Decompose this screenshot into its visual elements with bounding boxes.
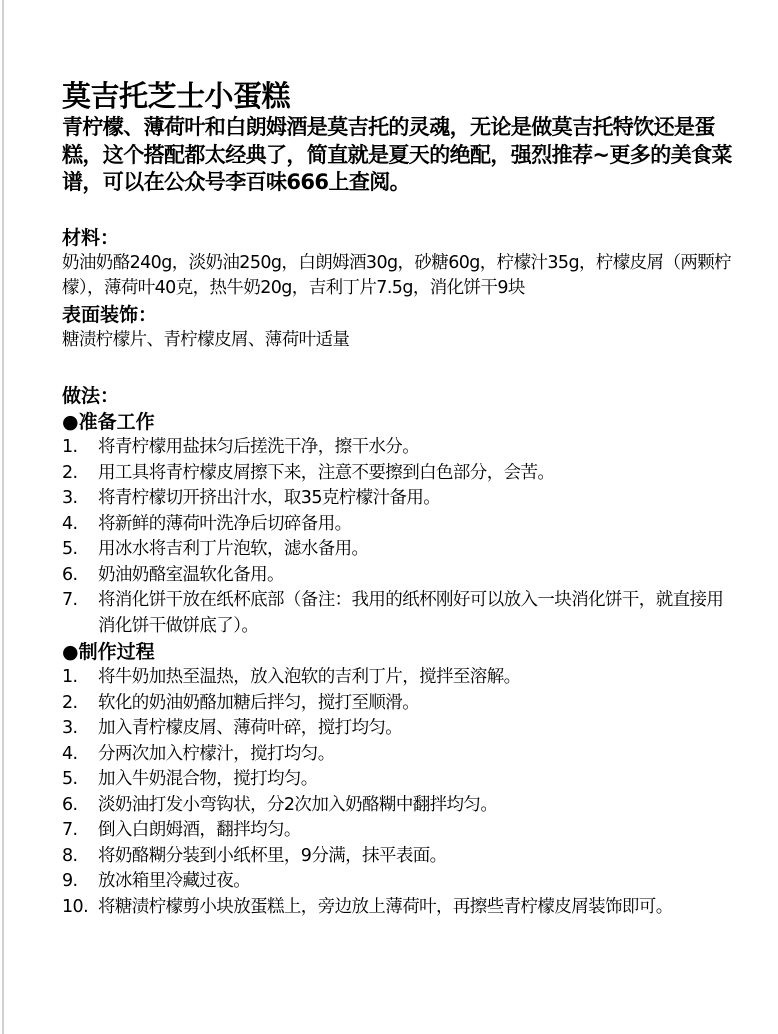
list-item: 8.将奶酪糊分装到小纸杯里，9分满，抹平表面。 bbox=[62, 844, 732, 870]
step-text: 加入牛奶混合物，搅打均匀。 bbox=[98, 769, 318, 789]
step-text: 奶油奶酪室温软化备用。 bbox=[98, 565, 284, 585]
list-item: 3.加入青柠檬皮屑、薄荷叶碎，搅打均匀。 bbox=[62, 716, 732, 742]
step-text: 用工具将青柠檬皮屑擦下来，注意不要擦到白色部分，会苦。 bbox=[98, 463, 554, 483]
list-item: 3.将青柠檬切开挤出汁水，取35克柠檬汁备用。 bbox=[62, 486, 732, 512]
step-number: 2. bbox=[62, 691, 78, 717]
step-number: 1. bbox=[62, 435, 78, 461]
step-text: 淡奶油打发小弯钩状，分2次加入奶酪糊中翻拌均匀。 bbox=[98, 795, 497, 815]
intro-paragraph: 青柠檬、薄荷叶和白朗姆酒是莫吉托的灵魂，无论是做莫吉托特饮还是蛋糕，这个搭配都太… bbox=[62, 114, 732, 197]
step-text: 将糖渍柠檬剪小块放蛋糕上，旁边放上薄荷叶，再擦些青柠檬皮屑装饰即可。 bbox=[98, 897, 673, 917]
step-number: 4. bbox=[62, 512, 78, 538]
method-section: 做法： ●准备工作 1.将青柠檬用盐抹匀后搓洗干净，擦干水分。 2.用工具将青柠… bbox=[62, 383, 732, 920]
step-number: 4. bbox=[62, 742, 78, 768]
list-item: 6.淡奶油打发小弯钩状，分2次加入奶酪糊中翻拌均匀。 bbox=[62, 793, 732, 819]
decoration-heading: 表面装饰： bbox=[62, 302, 732, 328]
step-text: 分两次加入柠檬汁，搅打均匀。 bbox=[98, 744, 335, 764]
step-text: 将青柠檬切开挤出汁水，取35克柠檬汁备用。 bbox=[98, 488, 440, 508]
recipe-document: 莫吉托芝士小蛋糕 青柠檬、薄荷叶和白朗姆酒是莫吉托的灵魂，无论是做莫吉托特饮还是… bbox=[62, 78, 732, 920]
list-item: 9.放冰箱里冷藏过夜。 bbox=[62, 869, 732, 895]
step-number: 7. bbox=[62, 818, 78, 844]
step-text: 将牛奶加热至温热，放入泡软的吉利丁片，搅拌至溶解。 bbox=[98, 667, 521, 687]
step-text: 用冰水将吉利丁片泡软，滤水备用。 bbox=[98, 539, 368, 559]
preparation-steps: 1.将青柠檬用盐抹匀后搓洗干净，擦干水分。 2.用工具将青柠檬皮屑擦下来，注意不… bbox=[62, 435, 732, 639]
list-item: 1.将牛奶加热至温热，放入泡软的吉利丁片，搅拌至溶解。 bbox=[62, 665, 732, 691]
step-text: 将青柠檬用盐抹匀后搓洗干净，擦干水分。 bbox=[98, 437, 419, 457]
step-number: 10. bbox=[62, 895, 88, 921]
step-text: 软化的奶油奶酪加糖后拌匀，搅打至顺滑。 bbox=[98, 693, 419, 713]
step-number: 5. bbox=[62, 767, 78, 793]
ingredients-section: 材料： 奶油奶酪240g，淡奶油250g，白朗姆酒30g，砂糖60g，柠檬汁35… bbox=[62, 225, 732, 302]
step-number: 9. bbox=[62, 869, 78, 895]
ingredients-text: 奶油奶酪240g，淡奶油250g，白朗姆酒30g，砂糖60g，柠檬汁35g，柠檬… bbox=[62, 251, 732, 302]
step-number: 2. bbox=[62, 461, 78, 487]
list-item: 10.将糖渍柠檬剪小块放蛋糕上，旁边放上薄荷叶，再擦些青柠檬皮屑装饰即可。 bbox=[62, 895, 732, 921]
step-number: 6. bbox=[62, 563, 78, 589]
step-number: 7. bbox=[62, 588, 78, 614]
process-heading: ●制作过程 bbox=[62, 639, 732, 665]
step-text: 将奶酪糊分装到小纸杯里，9分满，抹平表面。 bbox=[98, 846, 447, 866]
list-item: 7.将消化饼干放在纸杯底部（备注：我用的纸杯刚好可以放入一块消化饼干，就直接用消… bbox=[62, 588, 732, 639]
step-number: 3. bbox=[62, 486, 78, 512]
preparation-heading: ●准备工作 bbox=[62, 409, 732, 435]
step-number: 3. bbox=[62, 716, 78, 742]
step-text: 放冰箱里冷藏过夜。 bbox=[98, 871, 250, 891]
spacer bbox=[62, 197, 732, 225]
step-number: 5. bbox=[62, 537, 78, 563]
list-item: 4.将新鲜的薄荷叶洗净后切碎备用。 bbox=[62, 512, 732, 538]
list-item: 2.软化的奶油奶酪加糖后拌匀，搅打至顺滑。 bbox=[62, 691, 732, 717]
step-number: 6. bbox=[62, 793, 78, 819]
list-item: 6.奶油奶酪室温软化备用。 bbox=[62, 563, 732, 589]
list-item: 7.倒入白朗姆酒，翻拌均匀。 bbox=[62, 818, 732, 844]
list-item: 2.用工具将青柠檬皮屑擦下来，注意不要擦到白色部分，会苦。 bbox=[62, 461, 732, 487]
list-item: 5.用冰水将吉利丁片泡软，滤水备用。 bbox=[62, 537, 732, 563]
step-text: 将消化饼干放在纸杯底部（备注：我用的纸杯刚好可以放入一块消化饼干，就直接用消化饼… bbox=[98, 590, 723, 636]
method-heading: 做法： bbox=[62, 383, 732, 409]
step-text: 倒入白朗姆酒，翻拌均匀。 bbox=[98, 820, 301, 840]
decoration-text: 糖渍柠檬片、青柠檬皮屑、薄荷叶适量 bbox=[62, 328, 732, 354]
step-number: 1. bbox=[62, 665, 78, 691]
step-text: 将新鲜的薄荷叶洗净后切碎备用。 bbox=[98, 514, 352, 534]
list-item: 4.分两次加入柠檬汁，搅打均匀。 bbox=[62, 742, 732, 768]
decoration-section: 表面装饰： 糖渍柠檬片、青柠檬皮屑、薄荷叶适量 bbox=[62, 302, 732, 354]
list-item: 5.加入牛奶混合物，搅打均匀。 bbox=[62, 767, 732, 793]
page-left-border bbox=[2, 0, 4, 1034]
list-item: 1.将青柠檬用盐抹匀后搓洗干净，擦干水分。 bbox=[62, 435, 732, 461]
page-title: 莫吉托芝士小蛋糕 bbox=[62, 78, 732, 114]
step-number: 8. bbox=[62, 844, 78, 870]
spacer bbox=[62, 353, 732, 383]
process-steps: 1.将牛奶加热至温热，放入泡软的吉利丁片，搅拌至溶解。 2.软化的奶油奶酪加糖后… bbox=[62, 665, 732, 920]
step-text: 加入青柠檬皮屑、薄荷叶碎，搅打均匀。 bbox=[98, 718, 402, 738]
ingredients-heading: 材料： bbox=[62, 225, 732, 251]
